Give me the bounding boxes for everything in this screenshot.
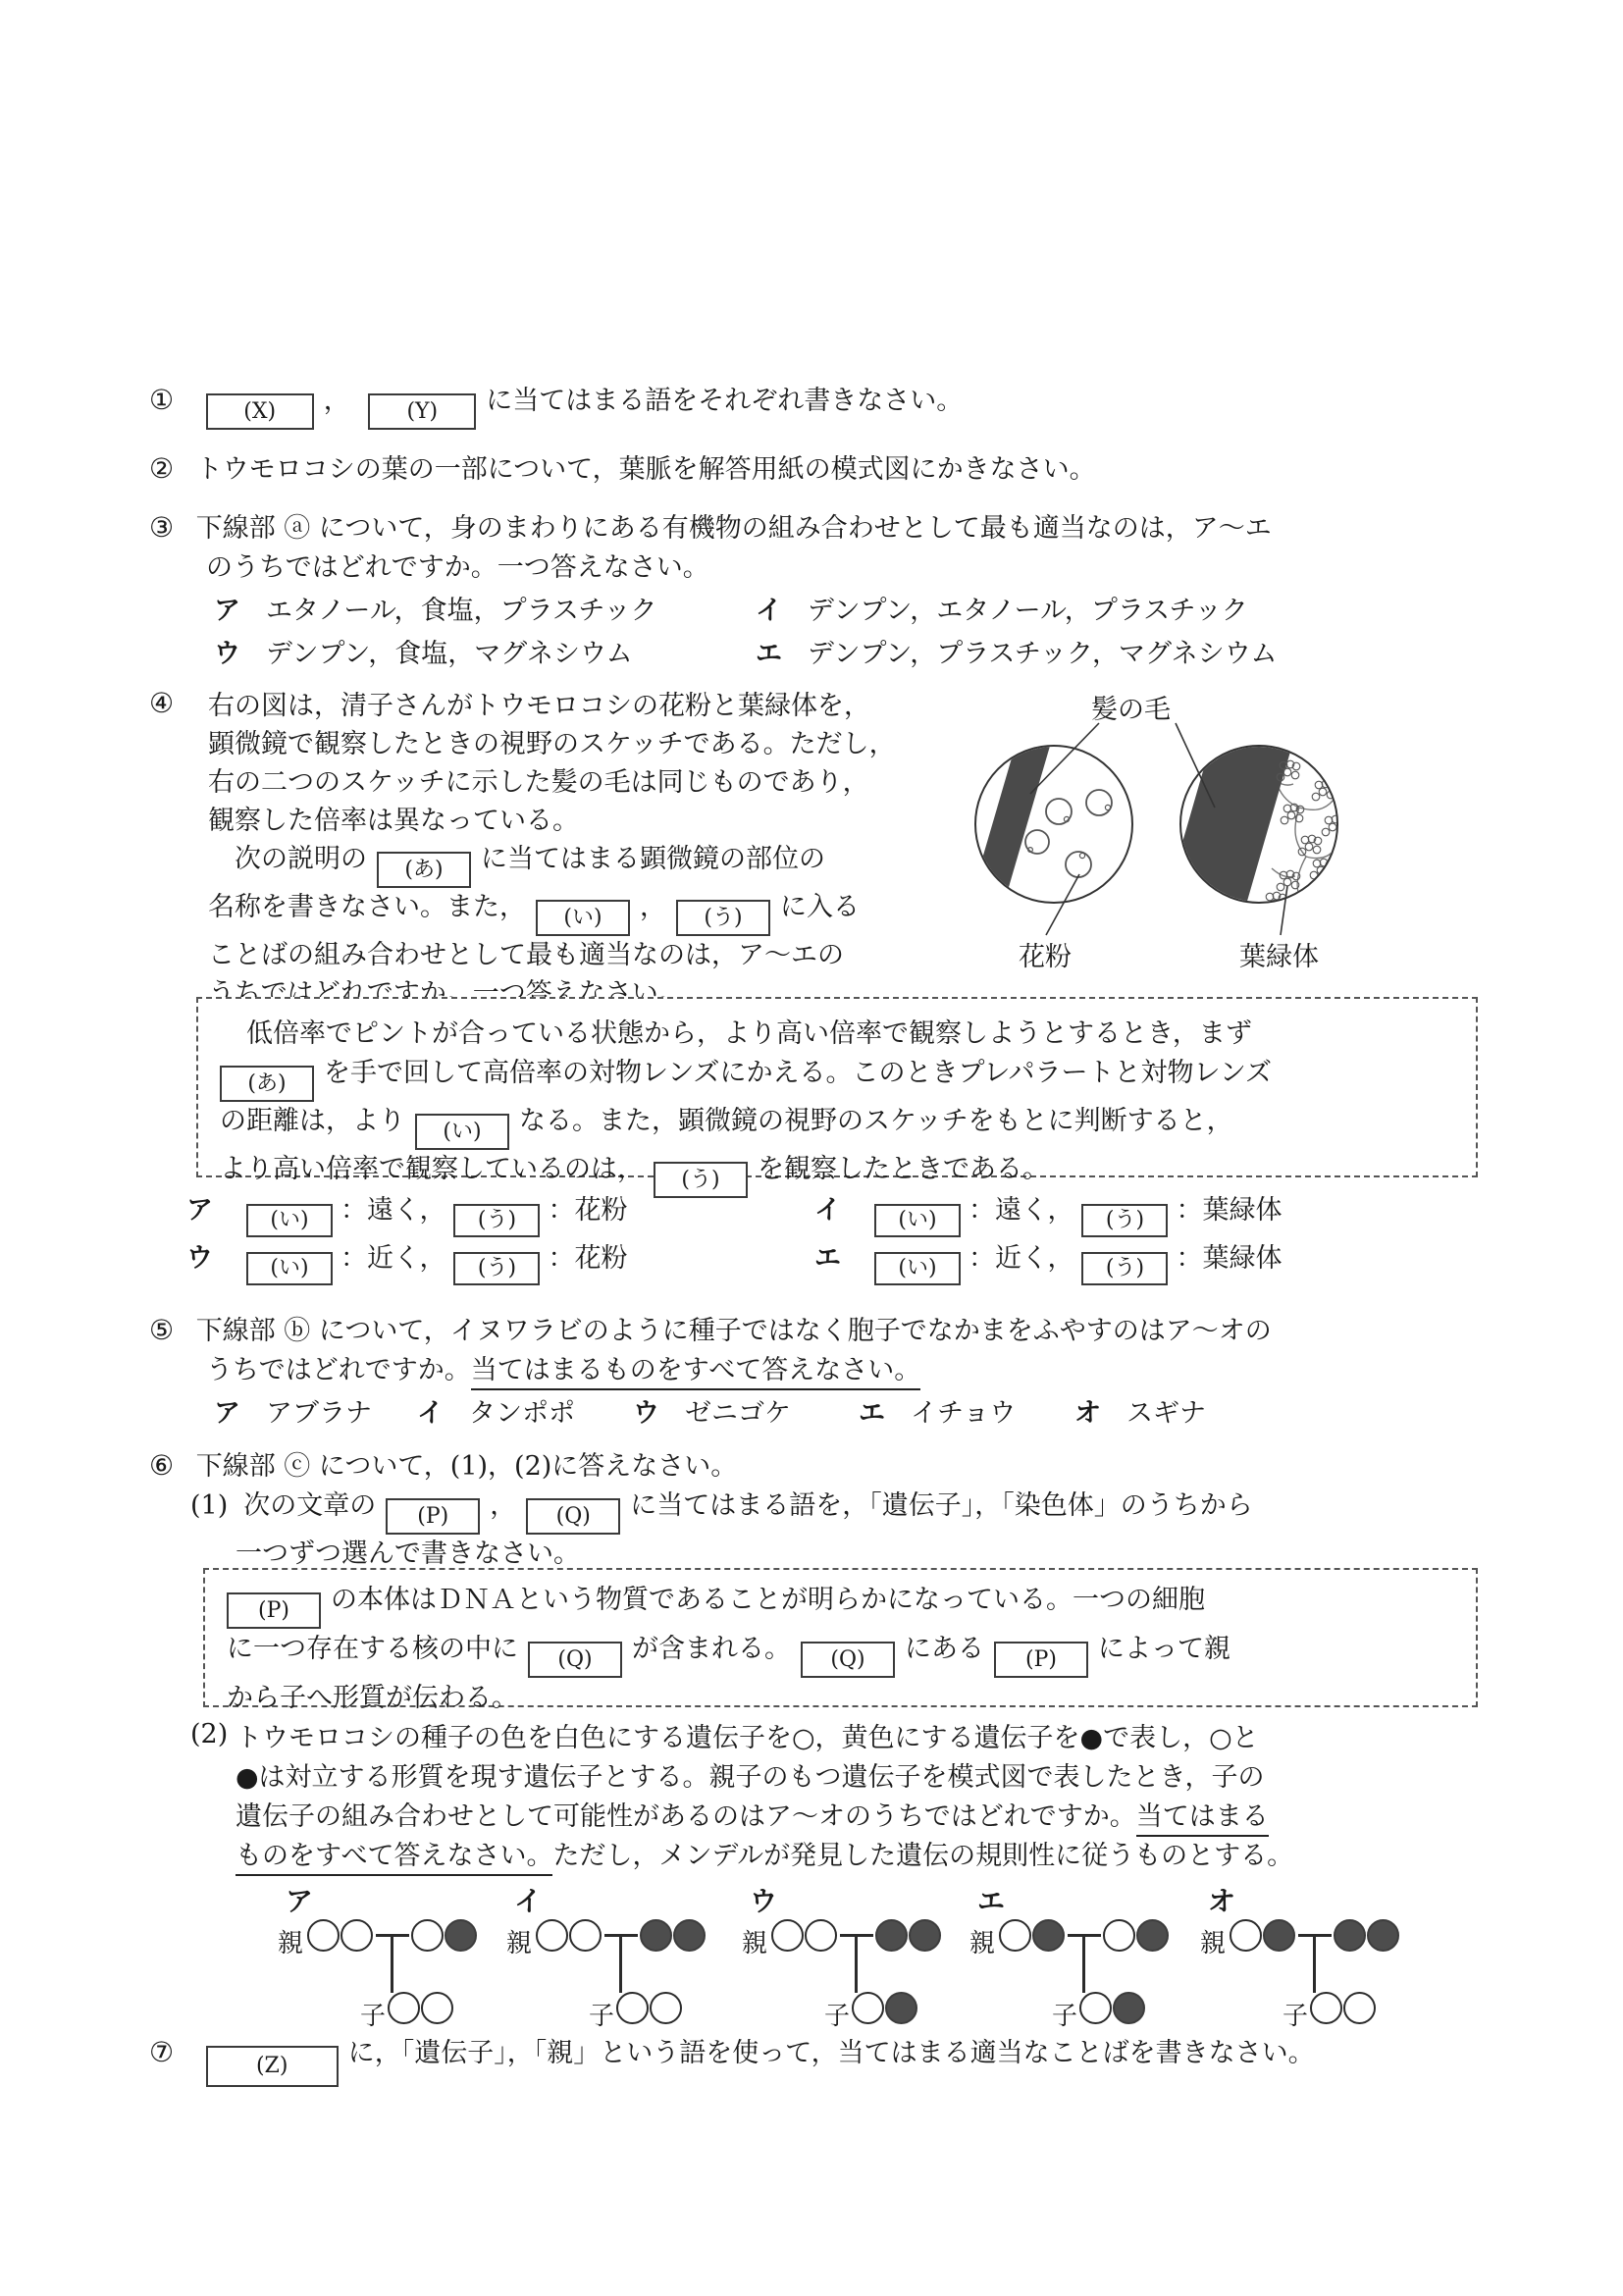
q3-option-i-label: イ — [756, 596, 782, 626]
question-5: ⑤ 下線部 ⓑ について，イヌワラビのように種子ではなく胞子でなかまをふやすのは… — [149, 1311, 1272, 1435]
hair-strand-right — [1201, 729, 1256, 919]
q4-choice-e: エ(い)：近く，(う)：葉緑体 — [814, 1237, 1282, 1285]
q3-option-a-text: エタノール，食塩，プラスチック — [266, 596, 657, 626]
genogram-e: エ親子 — [969, 1882, 1176, 2031]
note-box-i: (い) — [415, 1114, 509, 1150]
gene-circle-white — [307, 1919, 340, 1952]
gene-circle-black — [640, 1919, 672, 1952]
child-label: 子 — [824, 1996, 850, 2032]
q5-option-a: アアブラナ — [214, 1392, 417, 1435]
q4-choice-i: イ(い)：遠く，(う)：葉緑体 — [814, 1189, 1282, 1237]
question-4: ④ 右の図は，清子さんがトウモロコシの花粉と葉緑体を， 顕微鏡で観察したときの視… — [149, 687, 896, 1013]
question-4-number: ④ — [149, 687, 174, 719]
q6-note-line2-pre: に一つ存在する核の中に — [227, 1634, 518, 1664]
q6-note-box-p1: (P) — [227, 1592, 321, 1629]
gene-circle-white — [650, 1992, 682, 2024]
q4-choice-a-box2: (う) — [453, 1204, 540, 1237]
q6-part2-line4-post: ただし，メンデルが発見した遺伝の規則性に従うものとする。 — [552, 1841, 1293, 1871]
gene-circle-white — [616, 1992, 649, 2024]
q3-line2: のうちではどれですか。一つ答えなさい。 — [206, 548, 1277, 588]
q6-part2-line4-underlined: ものをすべて答えなさい。 — [236, 1841, 552, 1876]
gene-circle-white — [852, 1992, 884, 2024]
q5-option-o-text: スギナ — [1126, 1398, 1206, 1429]
q5-option-i-text: タンポポ — [469, 1398, 575, 1429]
descent-line — [1082, 1936, 1085, 1993]
gene-circle-black — [673, 1919, 706, 1952]
gene-circle-white — [771, 1919, 804, 1952]
genogram-label: ウ — [750, 1880, 777, 1919]
genogram-u: ウ親子 — [742, 1882, 948, 2031]
q5-option-u-label: ウ — [633, 1398, 659, 1429]
q3-line1: 下線部 ⓐ について，身のまわりにある有機物の組み合わせとして最も適当なのは，ア… — [196, 513, 1272, 544]
q3-option-i: イデンプン，エタノール，プラスチック — [756, 590, 1248, 633]
q2-text: トウモロコシの葉の一部について，葉脈を解答用紙の模式図にかきなさい。 — [196, 454, 1096, 485]
question-1: ① (X)， (Y)に当てはまる語をそれぞれ書きなさい。 — [149, 381, 963, 430]
child-label: 子 — [360, 1996, 386, 2032]
gene-circle-white — [569, 1919, 602, 1952]
q6-note-box-p2: (P) — [994, 1642, 1088, 1678]
q4-choice-a-mid: ：遠く， — [340, 1195, 445, 1226]
parent-label: 親 — [1200, 1923, 1226, 1959]
note-line1: 低倍率でピントが合っている状態から，より高い倍率で観察しようとするとき，まず — [220, 1015, 1456, 1054]
q4-line6-sep: ， — [640, 892, 666, 922]
blank-box-z: (Z) — [206, 2046, 339, 2087]
q6-note-line2-mid1: が含まれる。 — [632, 1634, 791, 1664]
gene-circle-black — [1334, 1919, 1366, 1952]
genogram-a: ア親子 — [278, 1882, 484, 2031]
question-5-number: ⑤ — [149, 1314, 174, 1346]
q4-line5-post: に当てはまる顕微鏡の部位の — [481, 844, 825, 874]
q4-choice-a: ア(い)：遠く，(う)：花粉 — [186, 1189, 814, 1237]
q4-choice-e-tail: ：葉緑体 — [1176, 1243, 1282, 1274]
q6-part2-line1: トウモロコシの種子の色を白色にする遺伝子を○，黄色にする遺伝子を●で表し，○と — [236, 1719, 1293, 1758]
blank-box-a: (あ) — [377, 852, 471, 888]
gene-circle-white — [805, 1919, 837, 1952]
gene-circle-black — [445, 1919, 477, 1952]
q4-choice-u: ウ(い)：近く，(う)：花粉 — [186, 1237, 814, 1285]
q4-choice-e-box2: (う) — [1081, 1252, 1168, 1285]
q4-line4: 観察した倍率は異なっている。 — [208, 802, 896, 840]
gene-circle-white — [421, 1992, 453, 2024]
q6-note-line2-post: によって親 — [1098, 1634, 1230, 1664]
question-2-number: ② — [149, 452, 174, 485]
genogram-o: オ親子 — [1200, 1882, 1406, 2031]
q4-choice-u-mid: ：近く， — [340, 1243, 445, 1274]
q4-line3: 右の二つのスケッチに示した髪の毛は同じものであり， — [208, 763, 896, 802]
blank-box-y: (Y) — [368, 393, 476, 430]
q4-choice-u-tail: ：花粉 — [548, 1243, 627, 1274]
genogram-label: オ — [1208, 1880, 1235, 1919]
q4-choice-e-box1: (い) — [874, 1252, 961, 1285]
q4-line6-post: に入る — [780, 892, 860, 922]
question-6: ⑥ 下線部 ⓒ について，(1)，(2)に答えなさい。 (1)次の文章の(P)，… — [149, 1446, 1253, 1574]
q4-choice-a-tail: ：花粉 — [548, 1195, 627, 1226]
q6-note-line3: から子へ形質が伝わる。 — [227, 1678, 1456, 1719]
q6-part1-sep: ， — [490, 1490, 516, 1521]
q4-choice-i-label: イ — [814, 1195, 841, 1226]
q4-line2: 顕微鏡で観察したときの視野のスケッチである。ただし， — [208, 725, 896, 763]
genogram-i: イ親子 — [506, 1882, 712, 2031]
q4-choice-i-tail: ：葉緑体 — [1176, 1195, 1282, 1226]
q5-line1: 下線部 ⓑ について，イヌワラビのように種子ではなく胞子でなかまをふやすのはア～… — [196, 1316, 1272, 1346]
child-label: 子 — [1052, 1996, 1077, 2032]
gene-circle-white — [1310, 1992, 1342, 2024]
q5-option-e-text: イチョウ — [911, 1398, 1016, 1429]
q4-line6-pre: 名称を書きなさい。また， — [208, 892, 526, 922]
parent-label: 親 — [506, 1923, 532, 1959]
q3-option-u-text: デンプン，食塩，マグネシウム — [266, 639, 633, 669]
q6-part1-pre: 次の文章の — [243, 1490, 376, 1521]
gene-circle-white — [411, 1919, 444, 1952]
q5-option-e-label: エ — [859, 1398, 885, 1429]
chloroplast-label: 葉緑体 — [1239, 935, 1319, 973]
blank-box-i: (い) — [536, 900, 630, 936]
q5-option-i-label: イ — [417, 1398, 444, 1429]
genogram-label: ア — [286, 1880, 313, 1919]
q5-option-i: イタンポポ — [417, 1392, 633, 1435]
blank-box-x: (X) — [206, 393, 314, 430]
q4-choice-a-box1: (い) — [246, 1204, 333, 1237]
q3-option-i-text: デンプン，エタノール，プラスチック — [808, 596, 1248, 626]
gene-circle-black — [1136, 1919, 1169, 1952]
pollen-label: 花粉 — [1019, 935, 1072, 973]
q4-choice-i-box1: (い) — [874, 1204, 961, 1237]
question-1-number: ① — [149, 384, 174, 416]
gene-circle-black — [1032, 1919, 1065, 1952]
q4-choice-u-box1: (い) — [246, 1252, 333, 1285]
q3-option-a: アエタノール，食塩，プラスチック — [214, 590, 756, 633]
gene-circle-black — [885, 1992, 917, 2024]
q6-note-box-q2: (Q) — [801, 1642, 895, 1678]
q5-option-u-text: ゼニゴケ — [685, 1398, 791, 1429]
q5-option-a-text: アブラナ — [266, 1398, 372, 1429]
gene-circle-black — [1263, 1919, 1295, 1952]
q4-choice-e-label: エ — [814, 1243, 841, 1274]
note-box-a: (あ) — [220, 1066, 314, 1102]
descent-line — [391, 1936, 393, 1993]
q5-option-a-label: ア — [214, 1398, 240, 1429]
q5-option-o: オスギナ — [1074, 1392, 1206, 1435]
q6-part2-line3-underlined: 当てはまる — [1136, 1801, 1269, 1837]
q4-choice-e-mid: ：近く， — [969, 1243, 1073, 1274]
note-line4-post: を観察したときである。 — [758, 1154, 1049, 1184]
q4-line5-pre: 次の説明の — [208, 844, 367, 874]
gene-circle-black — [1113, 1992, 1145, 2024]
blank-box-p: (P) — [386, 1498, 480, 1535]
q6-part2: (2) トウモロコシの種子の色を白色にする遺伝子を○，黄色にする遺伝子を●で表し… — [190, 1719, 1293, 1876]
gene-circle-black — [875, 1919, 908, 1952]
question-6-number: ⑥ — [149, 1449, 174, 1482]
descent-line — [855, 1936, 858, 1993]
gene-circle-white — [999, 1919, 1031, 1952]
gene-circle-white — [1343, 1992, 1376, 2024]
microscope-figure: 髪の毛 花粉 葉緑体 — [942, 682, 1492, 981]
q6-part2-line3-pre: 遺伝子の組み合わせとして可能性があるのはア～オのうちではどれですか。 — [236, 1801, 1136, 1832]
question-3: ③ 下線部 ⓐ について，身のまわりにある有機物の組み合わせとして最も適当なのは… — [149, 508, 1277, 676]
q5-line2-underlined: 当てはまるものをすべて答えなさい。 — [471, 1355, 920, 1390]
question-3-number: ③ — [149, 511, 174, 544]
q5-line2-pre: うちではどれですか。 — [206, 1355, 471, 1385]
note-line2: を手で回して高倍率の対物レンズにかえる。このときプレパラートと対物レンズ — [324, 1058, 1272, 1088]
q1-separator: ， — [324, 386, 350, 416]
q7-text: に，「遺伝子」，「親」という語を使って，当てはまる適当なことばを書きなさい。 — [348, 2038, 1315, 2068]
gene-circle-black — [909, 1919, 941, 1952]
q4-note-box: 低倍率でピントが合っている状態から，より高い倍率で観察しようとするとき，まず (… — [196, 997, 1478, 1177]
question-2: ② トウモロコシの葉の一部について，葉脈を解答用紙の模式図にかきなさい。 — [149, 449, 1096, 490]
q3-option-u-label: ウ — [214, 639, 240, 669]
q6-note-box: (P)の本体はＤＮＡという物質であることが明らかになっている。一つの細胞 に一つ… — [203, 1568, 1478, 1707]
gene-circle-white — [388, 1992, 420, 2024]
q4-choice-i-mid: ：遠く， — [969, 1195, 1073, 1226]
q6-note-line1: の本体はＤＮＡという物質であることが明らかになっている。一つの細胞 — [331, 1585, 1205, 1615]
exam-page: ① (X)， (Y)に当てはまる語をそれぞれ書きなさい。 ② トウモロコシの葉の… — [0, 0, 1623, 2296]
descent-line — [1313, 1936, 1316, 1993]
q1-text: に当てはまる語をそれぞれ書きなさい。 — [486, 386, 963, 416]
blank-box-q: (Q) — [526, 1498, 620, 1535]
parent-label: 親 — [969, 1923, 995, 1959]
q6-part2-label: (2) — [190, 1719, 228, 1749]
q5-option-o-label: オ — [1074, 1398, 1101, 1429]
gene-circle-white — [1230, 1919, 1262, 1952]
question-7: ⑦ (Z)に，「遺伝子」，「親」という語を使って，当てはまる適当なことばを書きな… — [149, 2033, 1315, 2087]
q6-note-box-q1: (Q) — [528, 1642, 622, 1678]
q5-option-u: ウゼニゴケ — [633, 1392, 859, 1435]
q5-option-e: エイチョウ — [859, 1392, 1074, 1435]
parent-label: 親 — [742, 1923, 767, 1959]
genogram-label: イ — [514, 1880, 542, 1919]
q4-choices: ア(い)：遠く，(う)：花粉 イ(い)：遠く，(う)：葉緑体 ウ(い)：近く，(… — [186, 1189, 1282, 1285]
q4-choice-a-label: ア — [186, 1195, 213, 1226]
q4-line1: 右の図は，清子さんがトウモロコシの花粉と葉緑体を， — [208, 687, 896, 725]
q3-option-e-text: デンプン，プラスチック，マグネシウム — [808, 639, 1277, 669]
gene-circle-white — [1103, 1919, 1135, 1952]
note-line3-post: なる。また，顕微鏡の視野のスケッチをもとに判断すると， — [519, 1106, 1233, 1136]
question-7-number: ⑦ — [149, 2036, 174, 2068]
q3-option-e-label: エ — [756, 639, 782, 669]
note-line4-pre: より高い倍率で観察しているのは， — [220, 1154, 644, 1184]
gene-circle-white — [536, 1919, 568, 1952]
q6-note-line2-mid2: にある — [905, 1634, 984, 1664]
q4-line7: ことばの組み合わせとして最も適当なのは，ア～エの — [208, 936, 896, 974]
q6-part1-post: に当てはまる語を，「遺伝子」，「染色体」のうちから — [630, 1490, 1253, 1521]
genogram-label: エ — [977, 1880, 1005, 1919]
q6-part2-line2: ●は対立する形質を現す遺伝子とする。親子のもつ遺伝子を模式図で表したとき，子の — [236, 1758, 1293, 1798]
q3-option-u: ウデンプン，食塩，マグネシウム — [214, 633, 756, 676]
blank-box-u: (う) — [676, 900, 770, 936]
gene-circle-black — [1367, 1919, 1399, 1952]
descent-line — [619, 1936, 622, 1993]
q4-choice-u-box2: (う) — [453, 1252, 540, 1285]
gene-circle-white — [1079, 1992, 1112, 2024]
hair-label: 髪の毛 — [1091, 688, 1171, 726]
q4-choice-i-box2: (う) — [1081, 1204, 1168, 1237]
q6-intro: 下線部 ⓒ について，(1)，(2)に答えなさい。 — [196, 1451, 738, 1482]
q4-choice-u-label: ウ — [186, 1243, 213, 1274]
child-label: 子 — [589, 1996, 614, 2032]
q3-option-a-label: ア — [214, 596, 240, 626]
q6-part1-label: (1) — [190, 1490, 228, 1521]
parent-label: 親 — [278, 1923, 303, 1959]
note-line3-pre: の距離は，より — [220, 1106, 405, 1136]
child-label: 子 — [1283, 1996, 1308, 2032]
gene-circle-white — [340, 1919, 373, 1952]
q3-option-e: エデンプン，プラスチック，マグネシウム — [756, 633, 1277, 676]
